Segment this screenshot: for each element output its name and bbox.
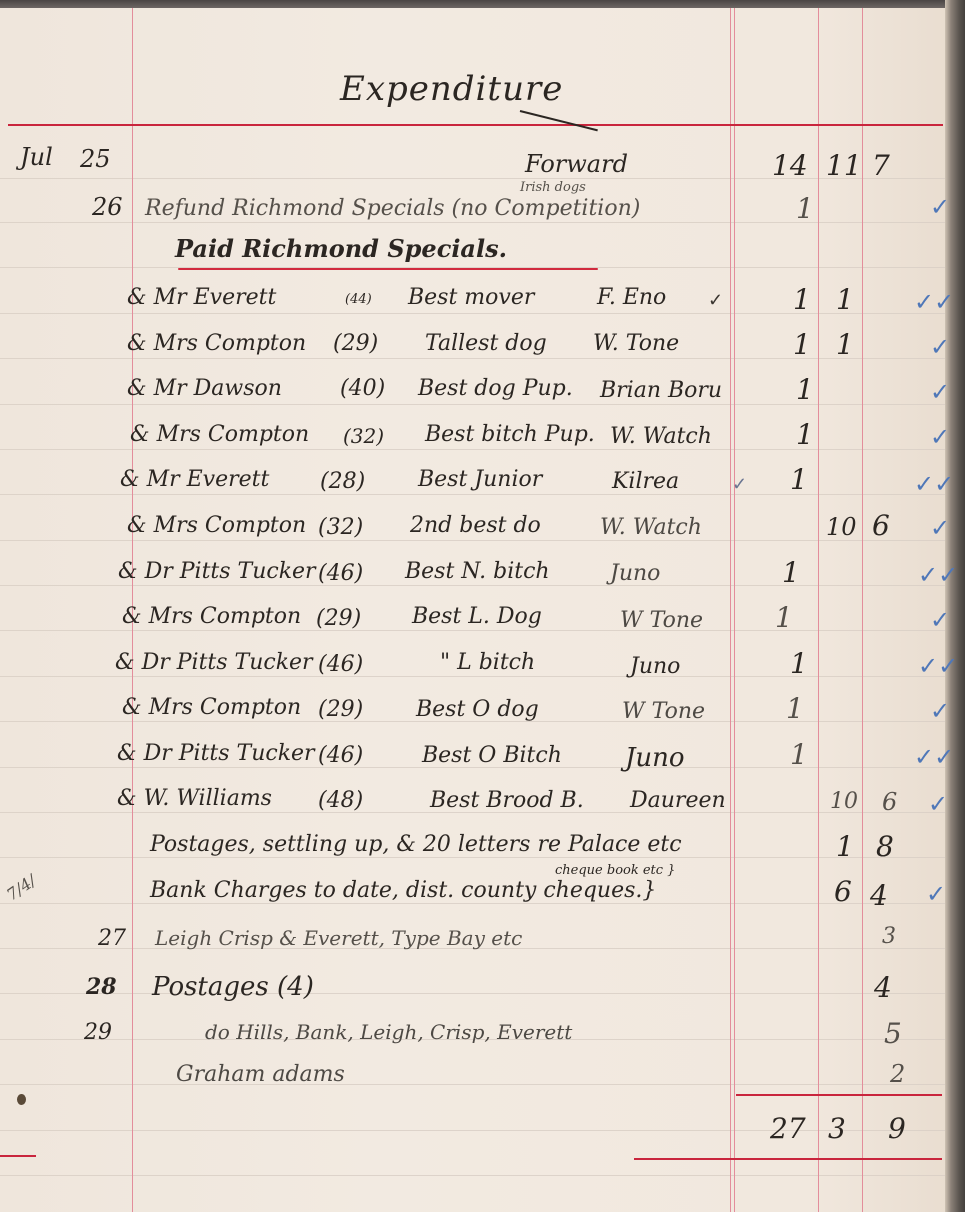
page-top-edge (0, 0, 965, 8)
check-mark-icon: ✓✓ (918, 654, 958, 678)
row-entry-no: (32) (318, 517, 363, 539)
page-title: Expenditure (340, 72, 563, 106)
row-payee: & Mrs Compton (122, 697, 301, 719)
row-pounds: 14 (772, 152, 808, 180)
row-prize: Best O dog (416, 699, 539, 721)
check-mark-icon: ✓ (930, 335, 950, 359)
row-pence: 6 (872, 512, 890, 540)
row-payee: & Mrs Compton (122, 606, 301, 628)
row-prize: Tallest dog (425, 333, 547, 355)
ink-blot (17, 1094, 26, 1105)
check-mark-icon: ✓ (930, 425, 950, 449)
row-shillings: 1 (836, 331, 854, 359)
check-mark-icon: ✓ (930, 195, 950, 219)
row-dog: Daureen (630, 790, 726, 812)
check-mark-icon: ✓ (930, 380, 950, 404)
row-entry-no: (46) (318, 654, 363, 676)
row-pence: 3 (882, 926, 896, 948)
row-pounds: 1 (775, 604, 793, 632)
row-description: Graham adams (176, 1064, 345, 1086)
row-dog: F. Eno (597, 287, 666, 309)
row-entry-no: (32) (343, 426, 384, 446)
check-mark-icon: ✓ (930, 608, 950, 632)
row-dog: Juno (625, 745, 685, 771)
check-mark-icon: ✓✓ (914, 290, 954, 314)
row-dog: Brian Boru (600, 380, 722, 402)
row-description: Postages (4) (152, 974, 314, 1000)
check-mark-icon: ✓ (928, 792, 948, 816)
row-payee: & Mrs Compton (130, 424, 309, 446)
row-dog: W Tone (620, 610, 703, 632)
total-pounds: 27 (770, 1115, 806, 1143)
row-pounds: 1 (790, 650, 808, 678)
check-mark-icon: ✓ (930, 516, 950, 540)
row-dog: Juno (610, 563, 660, 585)
row-day: 26 (92, 195, 123, 219)
section-heading: Paid Richmond Specials. (175, 237, 507, 261)
row-pounds: 1 (786, 695, 804, 723)
row-payee: & Mr Everett (127, 287, 276, 309)
row-description: Leigh Crisp & Everett, Type Bay etc (155, 928, 522, 948)
header-red-rule (8, 124, 943, 126)
row-pounds: 1 (793, 286, 811, 314)
row-pounds: 1 (796, 421, 814, 449)
row-prize: Best N. bitch (405, 561, 550, 583)
row-shillings: 6 (834, 878, 852, 906)
row-day: 28 (86, 976, 117, 998)
row-dog: W. Watch (610, 426, 712, 448)
row-payee: & Dr Pitts Tucker (117, 743, 315, 765)
row-prize: " L bitch (440, 652, 535, 674)
total-top-rule (736, 1094, 942, 1096)
row-prize: Best O Bitch (422, 745, 562, 767)
row-note: Irish dogs (520, 181, 586, 194)
check-mark-icon: ✓ (930, 699, 950, 723)
check-mark-icon: ✓✓ (914, 472, 954, 496)
row-shillings: 11 (826, 152, 862, 180)
row-entry-no: (29) (316, 608, 361, 630)
row-day: 25 (80, 147, 111, 171)
row-payee: & Mrs Compton (127, 515, 306, 537)
heading-red-underline (178, 268, 598, 270)
check-mark-icon: ✓ (732, 476, 747, 494)
total-pence: 9 (888, 1115, 906, 1143)
row-entry-no: (46) (318, 563, 363, 585)
row-dog: W. Watch (600, 517, 702, 539)
row-pence: 4 (874, 974, 892, 1002)
row-pounds: 1 (796, 376, 814, 404)
check-mark-icon: ✓✓ (914, 745, 954, 769)
row-prize: Best L. Dog (412, 606, 542, 628)
row-entry-no: (44) (345, 293, 372, 306)
row-entry-no: (29) (333, 333, 378, 355)
row-entry-no: (40) (340, 378, 385, 400)
row-day: 29 (84, 1022, 112, 1044)
row-pence: 4 (870, 882, 888, 910)
row-description: Forward (525, 152, 628, 176)
row-shillings: 1 (836, 833, 854, 861)
row-pounds: 1 (782, 559, 800, 587)
row-prize: Best Junior (418, 469, 542, 491)
row-dog: W Tone (622, 701, 705, 723)
row-pounds: 1 (790, 466, 808, 494)
row-dog: Kilrea (612, 471, 679, 493)
month-label: Jul (20, 145, 53, 169)
check-mark-icon: ✓ (926, 882, 946, 906)
row-dog: W. Tone (593, 333, 679, 355)
row-note: cheque book etc } (555, 864, 675, 877)
row-description: Refund Richmond Specials (no Competition… (145, 198, 640, 220)
row-dog: Juno (630, 656, 680, 678)
row-payee: & Mrs Compton (127, 333, 306, 355)
row-description: do Hills, Bank, Leigh, Crisp, Everett (205, 1022, 572, 1042)
row-shillings: 10 (826, 515, 857, 539)
check-mark-icon: ✓✓ (918, 563, 958, 587)
row-shillings: 10 (830, 791, 858, 813)
row-pounds: 1 (793, 331, 811, 359)
row-pence: 6 (882, 790, 897, 814)
row-payee: & Dr Pitts Tucker (118, 561, 316, 583)
row-prize: Best dog Pup. (418, 378, 573, 400)
check-mark-icon: ✓ (708, 292, 723, 310)
row-entry-no: (46) (318, 745, 363, 767)
row-prize: 2nd best do (410, 515, 541, 537)
row-shillings: 1 (836, 286, 854, 314)
row-payee: & W. Williams (117, 788, 272, 810)
row-entry-no: (29) (318, 699, 363, 721)
row-prize: Best bitch Pup. (425, 424, 595, 446)
row-pounds: 1 (796, 195, 814, 223)
row-payee: & Mr Everett (120, 469, 269, 491)
row-prize: Best mover (408, 287, 534, 309)
row-payee: & Dr Pitts Tucker (115, 652, 313, 674)
row-entry-no: (28) (320, 471, 365, 493)
row-pence: 5 (884, 1020, 902, 1048)
row-day: 27 (98, 928, 126, 950)
left-bottom-rule (0, 1155, 36, 1157)
row-prize: Best Brood B. (430, 790, 584, 812)
total-shillings: 3 (828, 1115, 846, 1143)
row-pence: 8 (876, 833, 894, 861)
row-payee: & Mr Dawson (127, 378, 282, 400)
row-description: Bank Charges to date, dist. county chequ… (150, 880, 656, 902)
total-bottom-rule (634, 1158, 942, 1160)
row-pence: 2 (890, 1062, 905, 1086)
row-pence: 7 (872, 152, 890, 180)
row-entry-no: (48) (318, 790, 363, 812)
row-pounds: 1 (790, 741, 808, 769)
row-description: Postages, settling up, & 20 letters re P… (150, 834, 682, 856)
